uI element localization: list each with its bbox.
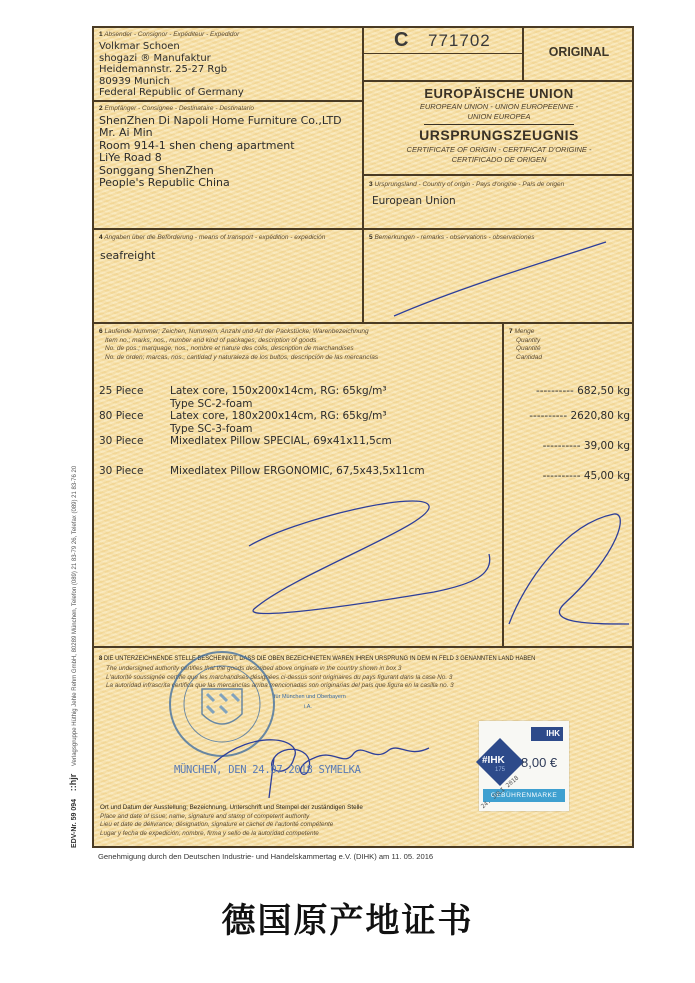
address-line: People's Republic China: [99, 177, 342, 189]
country-of-origin-value: European Union: [372, 195, 456, 207]
series-letter: C: [394, 29, 408, 52]
union-title-de: EUROPÄISCHE UNION: [364, 86, 634, 101]
address-line: Heidemannstr. 25-27 Rgb: [99, 64, 244, 76]
certificate-of-origin: 1 Absender - Consignor - Expéditeur - Ex…: [92, 26, 634, 848]
strike-through-line: [364, 230, 634, 324]
issue-label: Place and date of issue; name, signature…: [100, 813, 363, 822]
address-line: 80939 Munich: [99, 76, 244, 88]
issue-label: Ort und Datum der Ausstellung; Bezeichnu…: [100, 804, 363, 813]
publisher-info: Verlagsgruppe Hüthig Jehle Rehm GmbH, 80…: [72, 466, 78, 766]
ihk-anniversary: 175: [495, 767, 505, 773]
box-label: Ursprungsland - Country of origin - Pays…: [374, 181, 564, 188]
address-line: Volkmar Schoen: [99, 41, 244, 53]
certificate-title-multi-2: CERTIFICADO DE ORIGEN: [364, 155, 634, 164]
box-consignor: 1 Absender - Consignor - Expéditeur - Ex…: [94, 28, 364, 102]
union-title-multi-2: UNION EUROPEA: [364, 112, 634, 121]
certificate-title-multi: CERTIFICATE OF ORIGIN - CERTIFICAT D'ORI…: [364, 145, 634, 154]
box-number: 8: [99, 655, 102, 662]
certificate-title-de: URSPRUNGSZEUGNIS: [364, 127, 634, 143]
union-title-multi: EUROPEAN UNION - UNION EUROPEENNE -: [364, 102, 634, 111]
approval-note: Genehmigung durch den Deutschen Industri…: [98, 852, 433, 861]
divider: [424, 124, 574, 125]
certificate-number: 771702: [428, 31, 491, 51]
publisher-logo: ::hjr: [68, 774, 78, 792]
box-country-of-origin: 3 Ursprungsland - Country of origin - Pa…: [364, 176, 634, 230]
caption: 德国原产地证书: [0, 893, 695, 942]
date-stamp: MÜNCHEN, DEN 24.07.2018 SYMELKA: [174, 764, 361, 776]
serial-box: C 771702: [364, 28, 524, 54]
ihk-logo: IHK: [531, 727, 563, 741]
box-remarks: 5 Bemerkungen - remarks - observations -…: [364, 230, 634, 324]
consignor-address: Volkmar Schoen shogazi ® Manufaktur Heid…: [99, 41, 244, 99]
address-line: shogazi ® Manufaktur: [99, 53, 244, 65]
box-label: Angaben über die Beförderung - means of …: [104, 234, 325, 241]
consignee-address: ShenZhen Di Napoli Home Furniture Co.,LT…: [99, 115, 342, 189]
box-number: 3: [369, 181, 373, 188]
address-line: Federal Republic of Germany: [99, 87, 244, 99]
issue-label: Lugar y fecha de expedición; nombre, fir…: [100, 830, 363, 839]
form-number: EDV-Nr. 59 094: [71, 799, 78, 848]
strike-through-z-mark: [94, 324, 504, 648]
box-number: 4: [99, 234, 103, 241]
original-label: ORIGINAL: [527, 44, 632, 59]
signature: [194, 688, 454, 798]
address-line: LiYe Road 8: [99, 152, 342, 164]
address-line: Mr. Ai Min: [99, 127, 342, 139]
box-certification: 8 DIE UNTERZEICHNENDE STELLE BESCHEINIGT…: [94, 648, 634, 846]
box-quantity: 7 Menge Quantity Quantité Cantidad -----…: [504, 324, 634, 648]
issue-label: Lieu et date de délivrance; désignation,…: [100, 821, 363, 830]
box-label: Absender - Consignor - Expéditeur - Expe…: [104, 31, 239, 38]
side-print: EDV-Nr. 59 094 ::hjr Verlagsgruppe Hüthi…: [68, 466, 78, 848]
fee-amount: 8,00 €: [521, 755, 557, 770]
box-number: 1: [99, 31, 103, 38]
box-goods-description: 6 Laufende Nummer; Zeichen, Nummern, Anz…: [94, 324, 504, 648]
box-label: Empfänger - Consignee - Destinataire - D…: [104, 105, 254, 112]
box-consignee: 2 Empfänger - Consignee - Destinataire -…: [94, 102, 364, 230]
strike-through-mark: [504, 324, 634, 648]
serial-box-lower: [364, 54, 524, 80]
ihk-tag: #IHK: [482, 755, 505, 766]
copy-box: ORIGINAL: [524, 28, 634, 80]
box-transport: 4 Angaben über die Beförderung - means o…: [94, 230, 364, 324]
transport-value: seafreight: [100, 250, 155, 262]
box-number: 2: [99, 105, 103, 112]
title-block: EUROPÄISCHE UNION EUROPEAN UNION - UNION…: [364, 80, 634, 176]
